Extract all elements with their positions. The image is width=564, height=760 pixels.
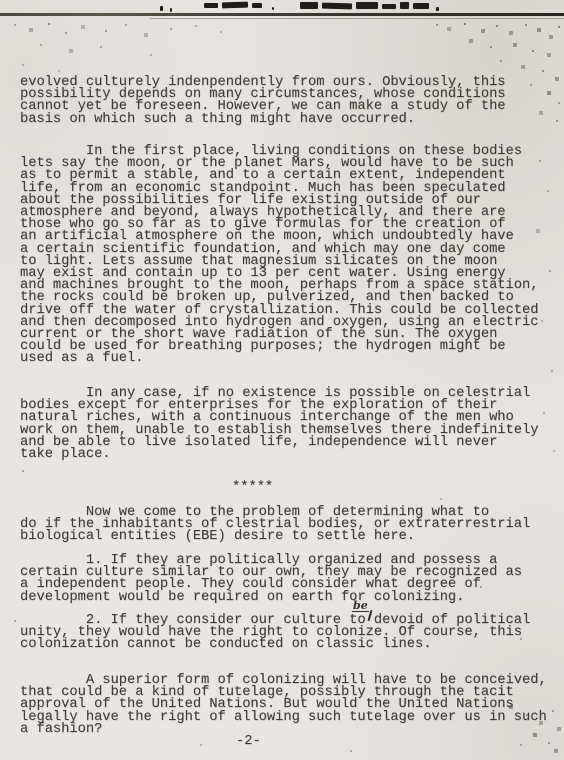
page-number: -2- bbox=[236, 736, 261, 748]
body-paragraph-7: A superior form of colonizing will have … bbox=[20, 675, 547, 736]
body-paragraph-5: 1. If they are politically organized and… bbox=[20, 555, 522, 604]
clipped-stamp-marks bbox=[0, 0, 564, 13]
body-paragraph-4: Now we come to the problem of determinin… bbox=[20, 507, 530, 544]
handwritten-insertion-be: be bbox=[352, 600, 369, 612]
body-paragraph-1: evolved culturely indenpendently from ou… bbox=[20, 77, 506, 126]
top-scan-rule-faint bbox=[150, 18, 564, 19]
document-page: evolved culturely indenpendently from ou… bbox=[0, 0, 564, 760]
section-separator-asterisks: ***** bbox=[232, 482, 273, 494]
body-paragraph-2: In the first place, living conditions on… bbox=[20, 146, 538, 366]
top-scan-rule bbox=[0, 13, 564, 16]
noise-speckles-under-rule bbox=[10, 20, 12, 22]
noise-speckles-top-right bbox=[430, 22, 432, 24]
body-paragraph-3: In any case, if no existence is possible… bbox=[20, 388, 538, 461]
body-paragraph-6: 2. If they consider our culture to devoi… bbox=[20, 615, 530, 652]
